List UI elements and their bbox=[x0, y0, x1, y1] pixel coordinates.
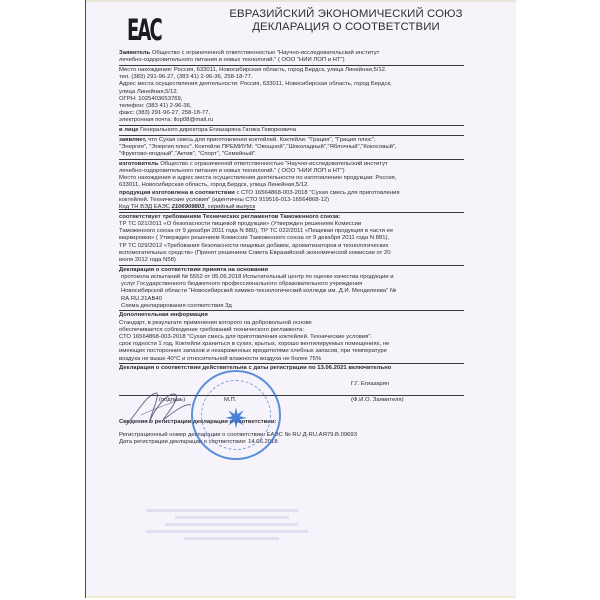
representative: в лице Генерального директора Егиазаряна… bbox=[119, 127, 464, 136]
official-stamp: ✷ bbox=[191, 370, 281, 460]
conforms-lines: ТР ТС 021/2011 «О безопасности пищевой п… bbox=[119, 221, 464, 266]
text-line: воздуха не выше 40°С и относительной вла… bbox=[119, 356, 464, 365]
declares-line3: "Фруктово-ягодный","Актив", "Спорт", "Се… bbox=[119, 151, 464, 160]
manufacturer-line4: 633011, Новосибирская область, город Бер… bbox=[119, 182, 464, 189]
manufacturer-line2: лечебно-оздоровительного питания и новых… bbox=[119, 168, 464, 175]
phone: телефон: (383 41) 2-96-36, bbox=[119, 103, 464, 110]
produced-line1: продукция изготовлена в соответствии с С… bbox=[119, 190, 464, 197]
activity-address-2: улица Линейная,5/12. bbox=[119, 89, 464, 96]
additional-label: Дополнительная информация bbox=[119, 312, 464, 319]
handwritten-signature bbox=[121, 385, 201, 430]
registration-number: Регистрационный номер декларации о соотв… bbox=[119, 432, 464, 439]
text-line: июля 2012 года N58) bbox=[119, 257, 464, 266]
document-title: ЕВРАЗИЙСКИЙ ЭКОНОМИЧЕСКИЙ СОЮЗ ДЕКЛАРАЦИ… bbox=[216, 8, 476, 34]
title-declaration: ДЕКЛАРАЦИЯ О СООТВЕТСТВИИ bbox=[216, 21, 476, 34]
text-line: ТР ТС 021/2011 «О безопасности пищевой п… bbox=[119, 221, 464, 228]
document-page: ЕАС ЕВРАЗИЙСКИЙ ЭКОНОМИЧЕСКИЙ СОЮЗ ДЕКЛА… bbox=[85, 0, 516, 598]
text-line: Новосибирской области "Новосибирский хим… bbox=[121, 288, 464, 295]
text-line: вспомогательных средств» (Принят решение… bbox=[119, 250, 464, 257]
declares-line1: заявляет, что Сухая смесь для приготовле… bbox=[119, 137, 464, 144]
email: электронная почта: ilop08@mail.ru bbox=[119, 117, 464, 126]
ogrn: ОГРН: 1025403653769, bbox=[119, 96, 464, 103]
text-line: маркировки» ( Утвержден решением Комисси… bbox=[119, 235, 464, 242]
text-line: RA.RU.21АВ40 bbox=[121, 296, 464, 303]
applicant-tel: тел. (383) 291-96-27, (383 41) 2-96-36, … bbox=[119, 74, 464, 81]
text-line: ТР ТС 029/2012 «Требования безопасности … bbox=[119, 243, 464, 250]
registration-date: Дата регистрации декларации о соответств… bbox=[119, 439, 464, 446]
hs-code: Код ТН ВЭД ЕАЭС 2106909803, серийный вып… bbox=[119, 204, 464, 213]
signatory-name: Г.Г. Егиазарян bbox=[351, 381, 389, 388]
scheme: Схема декларирования соответствия 3д bbox=[119, 303, 464, 312]
stamp-star-icon: ✷ bbox=[193, 402, 279, 435]
basis-label: Декларация о соответствии принята на осн… bbox=[119, 267, 464, 274]
fio-label: (Ф.И.О. Заявителя) bbox=[351, 397, 404, 404]
applicant-address: Место нахождения: Россия, 633011, Новоси… bbox=[119, 67, 464, 74]
conforms-label: соответствует требованиям Технических ре… bbox=[119, 214, 464, 221]
additional-lines: Стандарт, в результате применения которо… bbox=[119, 320, 464, 365]
title-union: ЕВРАЗИЙСКИЙ ЭКОНОМИЧЕСКИЙ СОЮЗ bbox=[216, 8, 476, 21]
text-line: срок годности 1 год, Коктейли храниться … bbox=[119, 341, 464, 348]
eac-logo: ЕАС bbox=[127, 13, 161, 47]
text-line: обеспечивается соблюдение требований тех… bbox=[119, 327, 464, 334]
validity: Декларация о соответствии действительна … bbox=[119, 365, 464, 372]
bleed-through-text bbox=[146, 505, 336, 544]
applicant-line2: лечебно-оздоровительного питания и новых… bbox=[119, 57, 464, 66]
manufacturer-line1: изготовитель Общество с ограниченной отв… bbox=[119, 161, 464, 168]
text-line: имеющих посторонних запахов и незараженн… bbox=[119, 348, 464, 355]
basis-lines: протокола испытаний № 5552 от 05.06.2018… bbox=[119, 274, 464, 303]
fax: факс: (383) 291-96-27, 258-18-77, bbox=[119, 110, 464, 117]
text-line: Таможенного союза от 9 декабря 2011 года… bbox=[119, 228, 464, 235]
activity-address-1: Адрес места осуществления деятельности: … bbox=[119, 81, 464, 88]
text-line: Стандарт, в результате применения которо… bbox=[119, 320, 464, 327]
text-line: протокола испытаний № 5552 от 05.06.2018… bbox=[121, 274, 464, 281]
produced-line2: коктейлей. Технические условия" (идентич… bbox=[119, 197, 464, 204]
